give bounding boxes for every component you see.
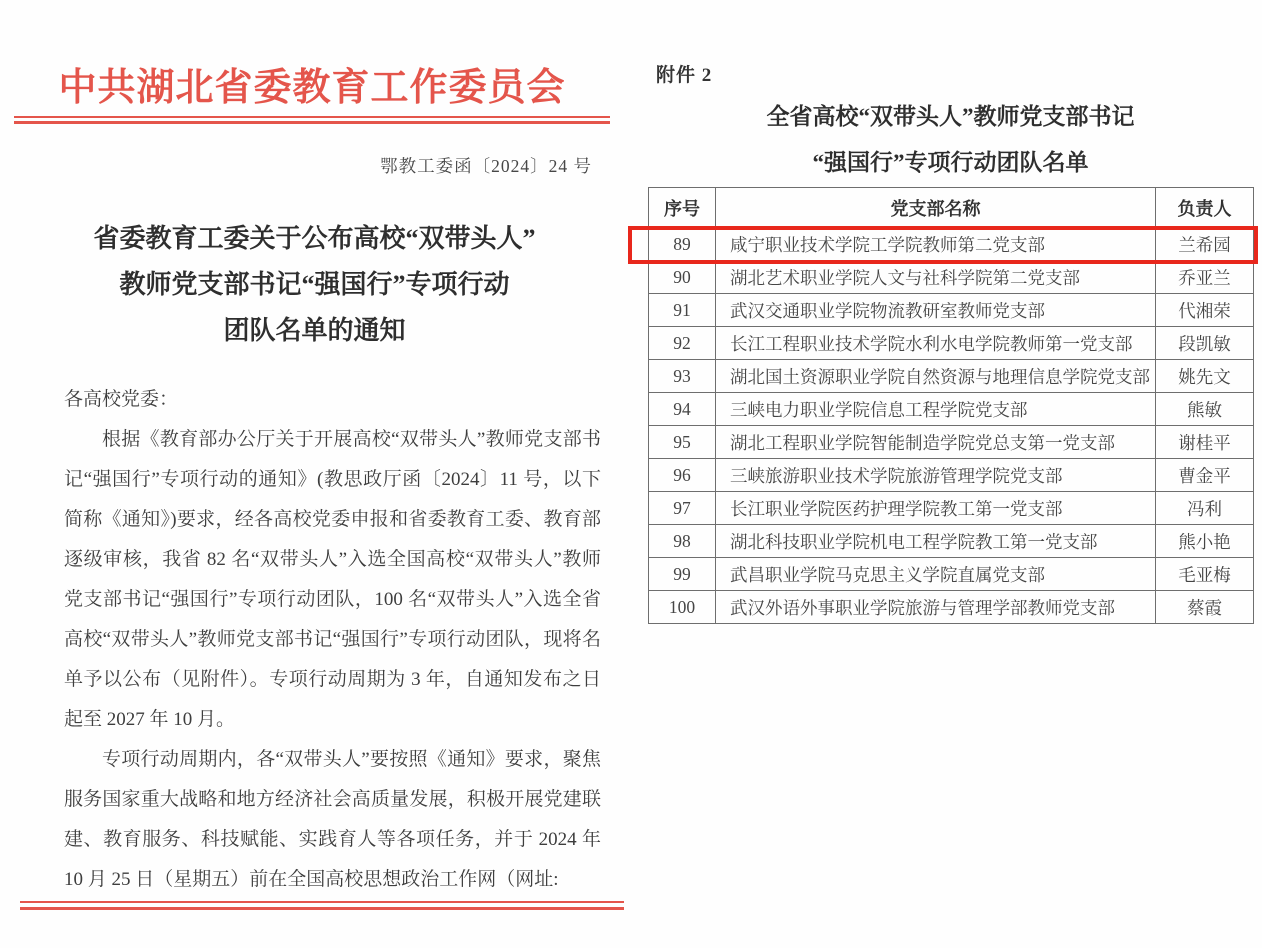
- branch-name: 长江工程职业技术学院水利水电学院教师第一党支部: [716, 327, 1156, 360]
- rule-line: [20, 901, 624, 903]
- row-number: 92: [649, 327, 716, 360]
- header-double-rule: [14, 116, 610, 124]
- row-number: 90: [649, 261, 716, 294]
- leader-name: 毛亚梅: [1156, 558, 1254, 591]
- leader-name: 兰希园: [1156, 228, 1254, 261]
- leader-name: 熊小艳: [1156, 525, 1254, 558]
- row-number: 98: [649, 525, 716, 558]
- letterhead-title: 中共湖北省委教育工作委员会: [14, 56, 610, 111]
- branch-name: 武汉交通职业学院物流教研室教师党支部: [716, 294, 1156, 327]
- column-header-branch-name: 党支部名称: [716, 188, 1156, 228]
- branch-name: 湖北艺术职业学院人文与社科学院第二党支部: [716, 261, 1156, 294]
- branch-name: 长江职业学院医药护理学院教工第一党支部: [716, 492, 1156, 525]
- party-branch-table: 序号 党支部名称 负责人 89咸宁职业技术学院工学院教师第二党支部兰希园90湖北…: [648, 187, 1254, 624]
- attachment-title-line: 全省高校“双带头人”教师党支部书记: [648, 94, 1253, 140]
- row-number: 91: [649, 294, 716, 327]
- table-row: 96三峡旅游职业技术学院旅游管理学院党支部曹金平: [649, 459, 1254, 492]
- attachment-label: 附件 2: [656, 60, 712, 87]
- branch-name: 三峡电力职业学院信息工程学院党支部: [716, 393, 1156, 426]
- table-row: 97长江职业学院医药护理学院教工第一党支部冯利: [649, 492, 1254, 525]
- footer-double-rule: [20, 901, 624, 910]
- branch-name: 三峡旅游职业技术学院旅游管理学院党支部: [716, 459, 1156, 492]
- row-number: 93: [649, 360, 716, 393]
- table-row: 92长江工程职业技术学院水利水电学院教师第一党支部段凯敏: [649, 327, 1254, 360]
- leader-name: 曹金平: [1156, 459, 1254, 492]
- branch-table-body: 89咸宁职业技术学院工学院教师第二党支部兰希园90湖北艺术职业学院人文与社科学院…: [649, 228, 1254, 624]
- document-title-line: 团队名单的通知: [42, 308, 587, 354]
- row-number: 96: [649, 459, 716, 492]
- table-row: 91武汉交通职业学院物流教研室教师党支部代湘荣: [649, 294, 1254, 327]
- attachment-title-line: “强国行”专项行动团队名单: [648, 140, 1253, 186]
- body-paragraph: 专项行动周期内，各“双带头人”要按照《通知》要求，聚焦服务国家重大战略和地方经济…: [64, 740, 601, 900]
- document-title: 省委教育工委关于公布高校“双带头人” 教师党支部书记“强国行”专项行动 团队名单…: [42, 216, 587, 354]
- table-row: 98湖北科技职业学院机电工程学院教工第一党支部熊小艳: [649, 525, 1254, 558]
- leader-name: 蔡霞: [1156, 591, 1254, 624]
- leader-name: 段凯敏: [1156, 327, 1254, 360]
- attachment-table-title: 全省高校“双带头人”教师党支部书记 “强国行”专项行动团队名单: [648, 94, 1253, 186]
- table-row: 94三峡电力职业学院信息工程学院党支部熊敏: [649, 393, 1254, 426]
- branch-name: 武汉外语外事职业学院旅游与管理学部教师党支部: [716, 591, 1156, 624]
- leader-name: 代湘荣: [1156, 294, 1254, 327]
- leader-name: 谢桂平: [1156, 426, 1254, 459]
- row-number: 100: [649, 591, 716, 624]
- table-row: 93湖北国土资源职业学院自然资源与地理信息学院党支部姚先文: [649, 360, 1254, 393]
- column-header-index: 序号: [649, 188, 716, 228]
- table-row: 90湖北艺术职业学院人文与社科学院第二党支部乔亚兰: [649, 261, 1254, 294]
- branch-name: 湖北科技职业学院机电工程学院教工第一党支部: [716, 525, 1156, 558]
- row-number: 94: [649, 393, 716, 426]
- table-row: 99武昌职业学院马克思主义学院直属党支部毛亚梅: [649, 558, 1254, 591]
- body-paragraph: 根据《教育部办公厅关于开展高校“双带头人”教师党支部书记“强国行”专项行动的通知…: [64, 420, 601, 740]
- document-title-line: 省委教育工委关于公布高校“双带头人”: [42, 216, 587, 262]
- rule-line: [14, 121, 610, 124]
- leader-name: 姚先文: [1156, 360, 1254, 393]
- scanned-document: 中共湖北省委教育工作委员会 鄂教工委函〔2024〕24 号 省委教育工委关于公布…: [0, 0, 1262, 948]
- row-number: 89: [649, 228, 716, 261]
- table-header-row: 序号 党支部名称 负责人: [649, 188, 1254, 228]
- leader-name: 冯利: [1156, 492, 1254, 525]
- table-row: 100武汉外语外事职业学院旅游与管理学部教师党支部蔡霞: [649, 591, 1254, 624]
- document-body: 各高校党委： 根据《教育部办公厅关于开展高校“双带头人”教师党支部书记“强国行”…: [64, 380, 601, 900]
- branch-name: 湖北国土资源职业学院自然资源与地理信息学院党支部: [716, 360, 1156, 393]
- salutation: 各高校党委：: [64, 380, 601, 420]
- document-title-line: 教师党支部书记“强国行”专项行动: [42, 262, 587, 308]
- branch-name: 咸宁职业技术学院工学院教师第二党支部: [716, 228, 1156, 261]
- branch-name: 武昌职业学院马克思主义学院直属党支部: [716, 558, 1156, 591]
- row-number: 95: [649, 426, 716, 459]
- rule-line: [20, 907, 624, 910]
- leader-name: 乔亚兰: [1156, 261, 1254, 294]
- document-number: 鄂教工委函〔2024〕24 号: [64, 153, 592, 178]
- row-number: 97: [649, 492, 716, 525]
- leader-name: 熊敏: [1156, 393, 1254, 426]
- table-row: 95湖北工程职业学院智能制造学院党总支第一党支部谢桂平: [649, 426, 1254, 459]
- row-number: 99: [649, 558, 716, 591]
- column-header-leader: 负责人: [1156, 188, 1254, 228]
- rule-line: [14, 116, 610, 118]
- table-row: 89咸宁职业技术学院工学院教师第二党支部兰希园: [649, 228, 1254, 261]
- branch-name: 湖北工程职业学院智能制造学院党总支第一党支部: [716, 426, 1156, 459]
